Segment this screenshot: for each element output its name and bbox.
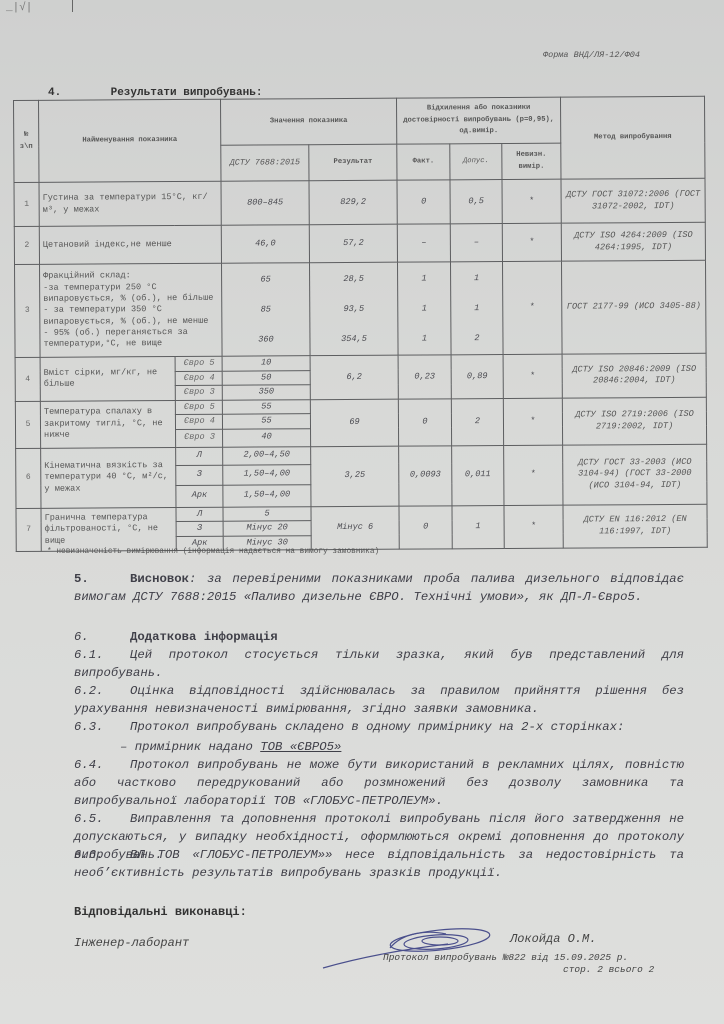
row-num: 1 (14, 182, 39, 226)
row-fact: 0 (398, 398, 451, 445)
row-dstu: 40 (223, 428, 311, 447)
header-result: Результат (309, 144, 397, 181)
header-method: Метод випробування (561, 96, 705, 179)
row-fact: – (397, 224, 450, 262)
section-5-number: 5. (74, 570, 130, 588)
table-row: 7 Гранична температура фільтрованості, °… (16, 504, 707, 523)
row-name: Цетановий індекс,не менше (39, 225, 221, 264)
section-6-heading: 6.Додаткова інформація (74, 628, 684, 646)
row-dstu: Мінус 20 (223, 521, 311, 536)
row-dstu: 2,00–4,50 (223, 446, 311, 465)
section-5-label: Висновок (130, 572, 189, 586)
responsible-title: Відповідальні виконавці: (74, 905, 247, 919)
row-class: Євро 4 (175, 371, 222, 386)
row-method: ДСТУ ISO 4264:2009 (ISO 4264:1995, IDT) (561, 222, 705, 261)
row-num: 7 (16, 508, 41, 552)
row-class: Євро 3 (176, 429, 223, 447)
row-class: Євро 5 (175, 356, 222, 371)
row-name: Густина за температури 15°С, кг/м³, у ме… (39, 181, 221, 226)
row-dstu: 350 (222, 385, 310, 400)
row-allowed: 1 1 2 (451, 262, 504, 355)
item-number: 6.2. (74, 682, 130, 700)
row-result: 6,2 (310, 355, 398, 399)
row-dstu: 46,0 (221, 225, 309, 264)
row-allowed-value: 2 (454, 323, 499, 353)
table-row: 2 Цетановий індекс,не менше 46,0 57,2 – … (14, 222, 705, 264)
item-6-2: 6.2.Оцінка відповідності здійснювалась з… (74, 682, 684, 718)
section-4-title: Результати випробувань: (111, 87, 263, 99)
table-row: 4 Вміст сірки, мг/кг, не більше Євро 5 1… (15, 353, 706, 372)
item-number: 6.1. (74, 646, 130, 664)
item-number: 6.4. (74, 756, 130, 774)
item-text: ВЛ ТОВ «ГЛОБУС-ПЕТРОЛЕУМ»» несе відповід… (74, 848, 684, 880)
row-result: 3,25 (311, 446, 399, 507)
corner-mark: _|√| (6, 2, 32, 14)
row-class: Л (176, 507, 223, 522)
protocol-reference: Протокол випробувань №822 від 15.09.2025… (383, 952, 628, 963)
form-code: Форма ВНД/ЛЯ-12/Ф04 (543, 50, 640, 60)
section-6-title: Додаткова інформація (130, 630, 278, 644)
row-method: ДСТУ ISO 20846:2009 (ISO 20846:2004, IDT… (562, 353, 706, 397)
table-row: 3 Фракційний склад: -за температури 250 … (15, 260, 707, 357)
copy-note: – примірник надано ТОВ «ЄВРО5» (74, 738, 684, 756)
row-class: Арк (176, 485, 223, 507)
row-dstu: 5 (223, 506, 311, 521)
row-num: 2 (14, 226, 39, 264)
item-6-6: 6.6.ВЛ ТОВ «ГЛОБУС-ПЕТРОЛЕУМ»» несе відп… (74, 846, 684, 882)
table-row: 5 Температура спалаху в закритому тиглі,… (15, 397, 706, 416)
header-values-group: Значення показника (221, 98, 397, 145)
copy-note-recipient: ТОВ «ЄВРО5» (260, 740, 341, 754)
section-4-number: 4. (48, 87, 104, 99)
row-method: ДСТУ EN 116:2012 (EN 116:1997, IDT) (563, 504, 707, 548)
section-6-number: 6. (74, 628, 130, 646)
row-uncert: * (503, 354, 562, 398)
row-fact: 0 (397, 180, 450, 224)
item-6-1: 6.1.Цей протокол стосується тільки зразк… (74, 646, 684, 682)
row-fact: 0,0093 (399, 445, 452, 505)
row-name: Гранична температура фільтрованості, °С,… (41, 507, 176, 551)
row-method: ДСТУ ГОСТ 31072:2006 (ГОСТ 31072-2002, I… (561, 178, 705, 223)
row-class: З (176, 521, 223, 536)
row-fact: 0,23 (398, 355, 451, 399)
row-name: Фракційний склад: -за температури 250 °С… (40, 263, 223, 357)
row-name: Температура спалаху в закритому тиглі, °… (40, 400, 175, 448)
row-dstu: 55 (222, 399, 310, 414)
row-name: Вміст сірки, мг/кг, не більше (40, 357, 175, 401)
item-text: Цей протокол стосується тільки зразка, я… (74, 648, 684, 680)
row-result: 57,2 (309, 224, 397, 263)
row-result-value: 28,5 (313, 264, 394, 294)
copy-note-prefix: – примірник надано (120, 740, 260, 754)
row-dstu: 50 (222, 370, 310, 385)
item-text: Протокол випробувань не може бути викори… (74, 758, 684, 808)
row-method: ДСТУ ISO 2719:2006 (ISO 2719:2002, IDT) (562, 397, 706, 445)
row-allowed: 2 (451, 398, 503, 445)
row-name-line: - за температури 350 °С випаровується, %… (43, 304, 218, 328)
signer-role: Інженер-лаборант (74, 936, 189, 950)
item-6-4: 6.4.Протокол випробувань не може бути ви… (74, 756, 684, 810)
results-table: № з\п Найменування показника Значення по… (13, 96, 708, 552)
row-result: Мінус 6 (311, 506, 399, 550)
page-number: стор. 2 всього 2 (563, 964, 654, 975)
header-deviation-group: Відхилення або показники достовірності в… (397, 97, 561, 144)
section-4-heading: 4. Результати випробувань: (48, 87, 262, 99)
row-uncert: * (503, 398, 562, 445)
row-dstu: 10 (222, 356, 310, 371)
row-result: 28,5 93,5 354,5 (310, 262, 399, 356)
row-num: 6 (16, 448, 41, 508)
row-result-value: 354,5 (313, 324, 394, 354)
row-result: 69 (310, 399, 398, 447)
row-dstu: 55 (222, 414, 310, 429)
row-dstu-value: 85 (225, 294, 306, 324)
row-allowed: 0,5 (450, 180, 502, 224)
header-uncert: Невизн. вимір. (502, 143, 561, 179)
item-6-3: 6.3.Протокол випробувань складено в одно… (74, 718, 684, 736)
row-dstu: 800–845 (221, 181, 309, 226)
row-name: Кінематична вязкість за температури 40 °… (41, 447, 176, 508)
row-class: Євро 5 (175, 400, 222, 415)
row-dstu: 1,50–4,00 (223, 484, 311, 507)
item-number: 6.6. (74, 846, 130, 864)
row-uncert: * (504, 505, 563, 549)
corner-tick (72, 0, 73, 12)
header-name: Найменування показника (39, 99, 222, 182)
row-allowed-value: 1 (454, 293, 499, 323)
item-text: Оцінка відповідності здійснювалась за пр… (74, 684, 684, 716)
row-dstu-value: 360 (225, 324, 306, 354)
header-row: № з\п Найменування показника Значення по… (14, 96, 705, 146)
table-row: 6 Кінематична вязкість за температури 40… (16, 444, 707, 466)
document-page: _|√| Форма ВНД/ЛЯ-12/Ф04 4. Результати в… (0, 0, 724, 1024)
row-dstu: 1,50–4,00 (223, 464, 311, 485)
row-class: Євро 4 (175, 414, 222, 429)
item-number: 6.5. (74, 810, 130, 828)
table-row: 1 Густина за температури 15°С, кг/м³, у … (14, 178, 705, 226)
row-class: З (176, 465, 223, 485)
row-allowed: 1 (452, 505, 504, 549)
signer-name: Локойда О.М. (510, 932, 596, 946)
table-footnote: * невизначеність вимірювання (інформація… (47, 548, 379, 556)
row-allowed: 0,011 (452, 445, 504, 505)
row-name-line: - 95% (об.) переганяється за температури… (43, 327, 218, 351)
section-5: 5.Висновок: за перевіреними показниками … (74, 570, 684, 606)
row-method: ГОСТ 2177-99 (ИСО 3405-88) (562, 260, 707, 354)
row-class: Л (176, 447, 223, 465)
row-fact-value: 1 (401, 293, 447, 323)
row-uncert: * (503, 261, 563, 354)
row-result-value: 93,5 (313, 294, 394, 324)
row-num: 3 (15, 264, 41, 357)
row-num: 4 (15, 357, 40, 401)
row-uncert: * (504, 445, 563, 505)
header-fact: Факт. (397, 144, 450, 180)
row-fact: 0 (399, 505, 452, 549)
row-fact-value: 1 (401, 323, 447, 353)
row-allowed-value: 1 (454, 263, 499, 293)
row-dstu: 65 85 360 (222, 263, 311, 357)
header-dstu: ДСТУ 7688:2015 (221, 145, 309, 182)
row-allowed: – (450, 224, 502, 262)
item-number: 6.3. (74, 718, 130, 736)
row-uncert: * (502, 223, 561, 261)
header-num: № з\п (14, 100, 40, 182)
row-method: ДСТУ ГОСТ 33-2003 (ИСО 3104-94) (ГОСТ 33… (563, 444, 707, 505)
row-name-line: -за температури 250 °С випаровується, % … (43, 282, 218, 306)
row-uncert: * (502, 179, 561, 223)
row-result: 829,2 (309, 180, 397, 225)
row-dstu-value: 65 (225, 264, 306, 294)
row-num: 5 (15, 401, 40, 448)
row-allowed: 0,89 (451, 355, 503, 399)
row-fact: 1 1 1 (398, 262, 452, 355)
item-text: Протокол випробувань складено в одному п… (130, 720, 624, 734)
row-class: Євро 3 (175, 385, 222, 400)
row-fact-value: 1 (401, 263, 447, 293)
signature-icon (318, 924, 518, 974)
header-allowed: Допус. (450, 144, 502, 180)
